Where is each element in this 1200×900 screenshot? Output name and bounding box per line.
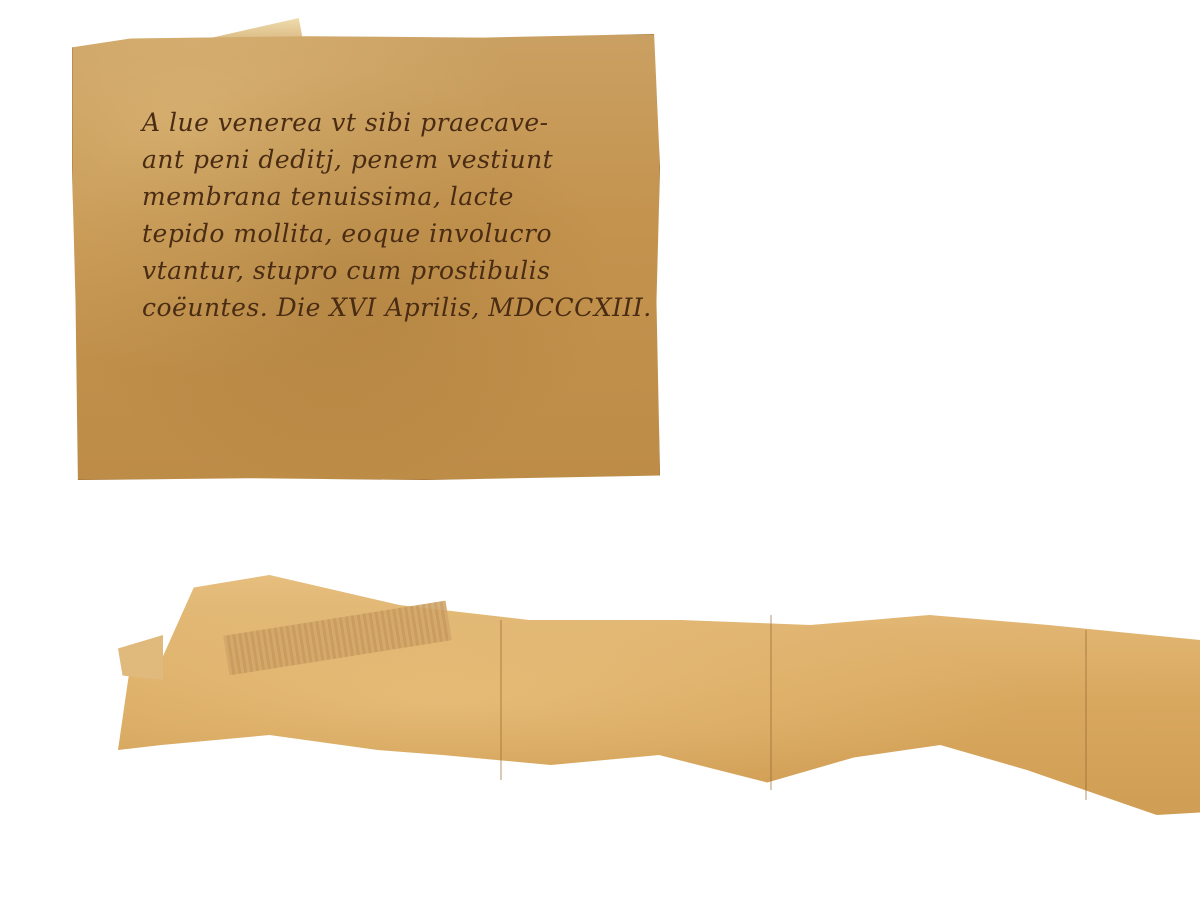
note-line: membrana tenuissima, lacte (142, 178, 632, 215)
note-line: ant peni deditj, penem vestiunt (142, 141, 632, 178)
note-text: A lue venerea vt sibi praecave- ant peni… (142, 104, 632, 326)
ribbon-end (118, 635, 163, 680)
note-line: vtantur, stupro cum prostibulis (142, 252, 632, 289)
membrane-fold (1085, 630, 1087, 800)
membrane-fold (500, 620, 502, 780)
membrane-condom (118, 575, 1200, 825)
handwritten-note: A lue venerea vt sibi praecave- ant peni… (72, 34, 660, 480)
note-line: coëuntes. Die XVI Aprilis, MDCCCXIII. (142, 289, 632, 326)
note-line: A lue venerea vt sibi praecave- (142, 104, 632, 141)
membrane-fold (770, 615, 772, 790)
note-line: tepido mollita, eoque involucro (142, 215, 632, 252)
